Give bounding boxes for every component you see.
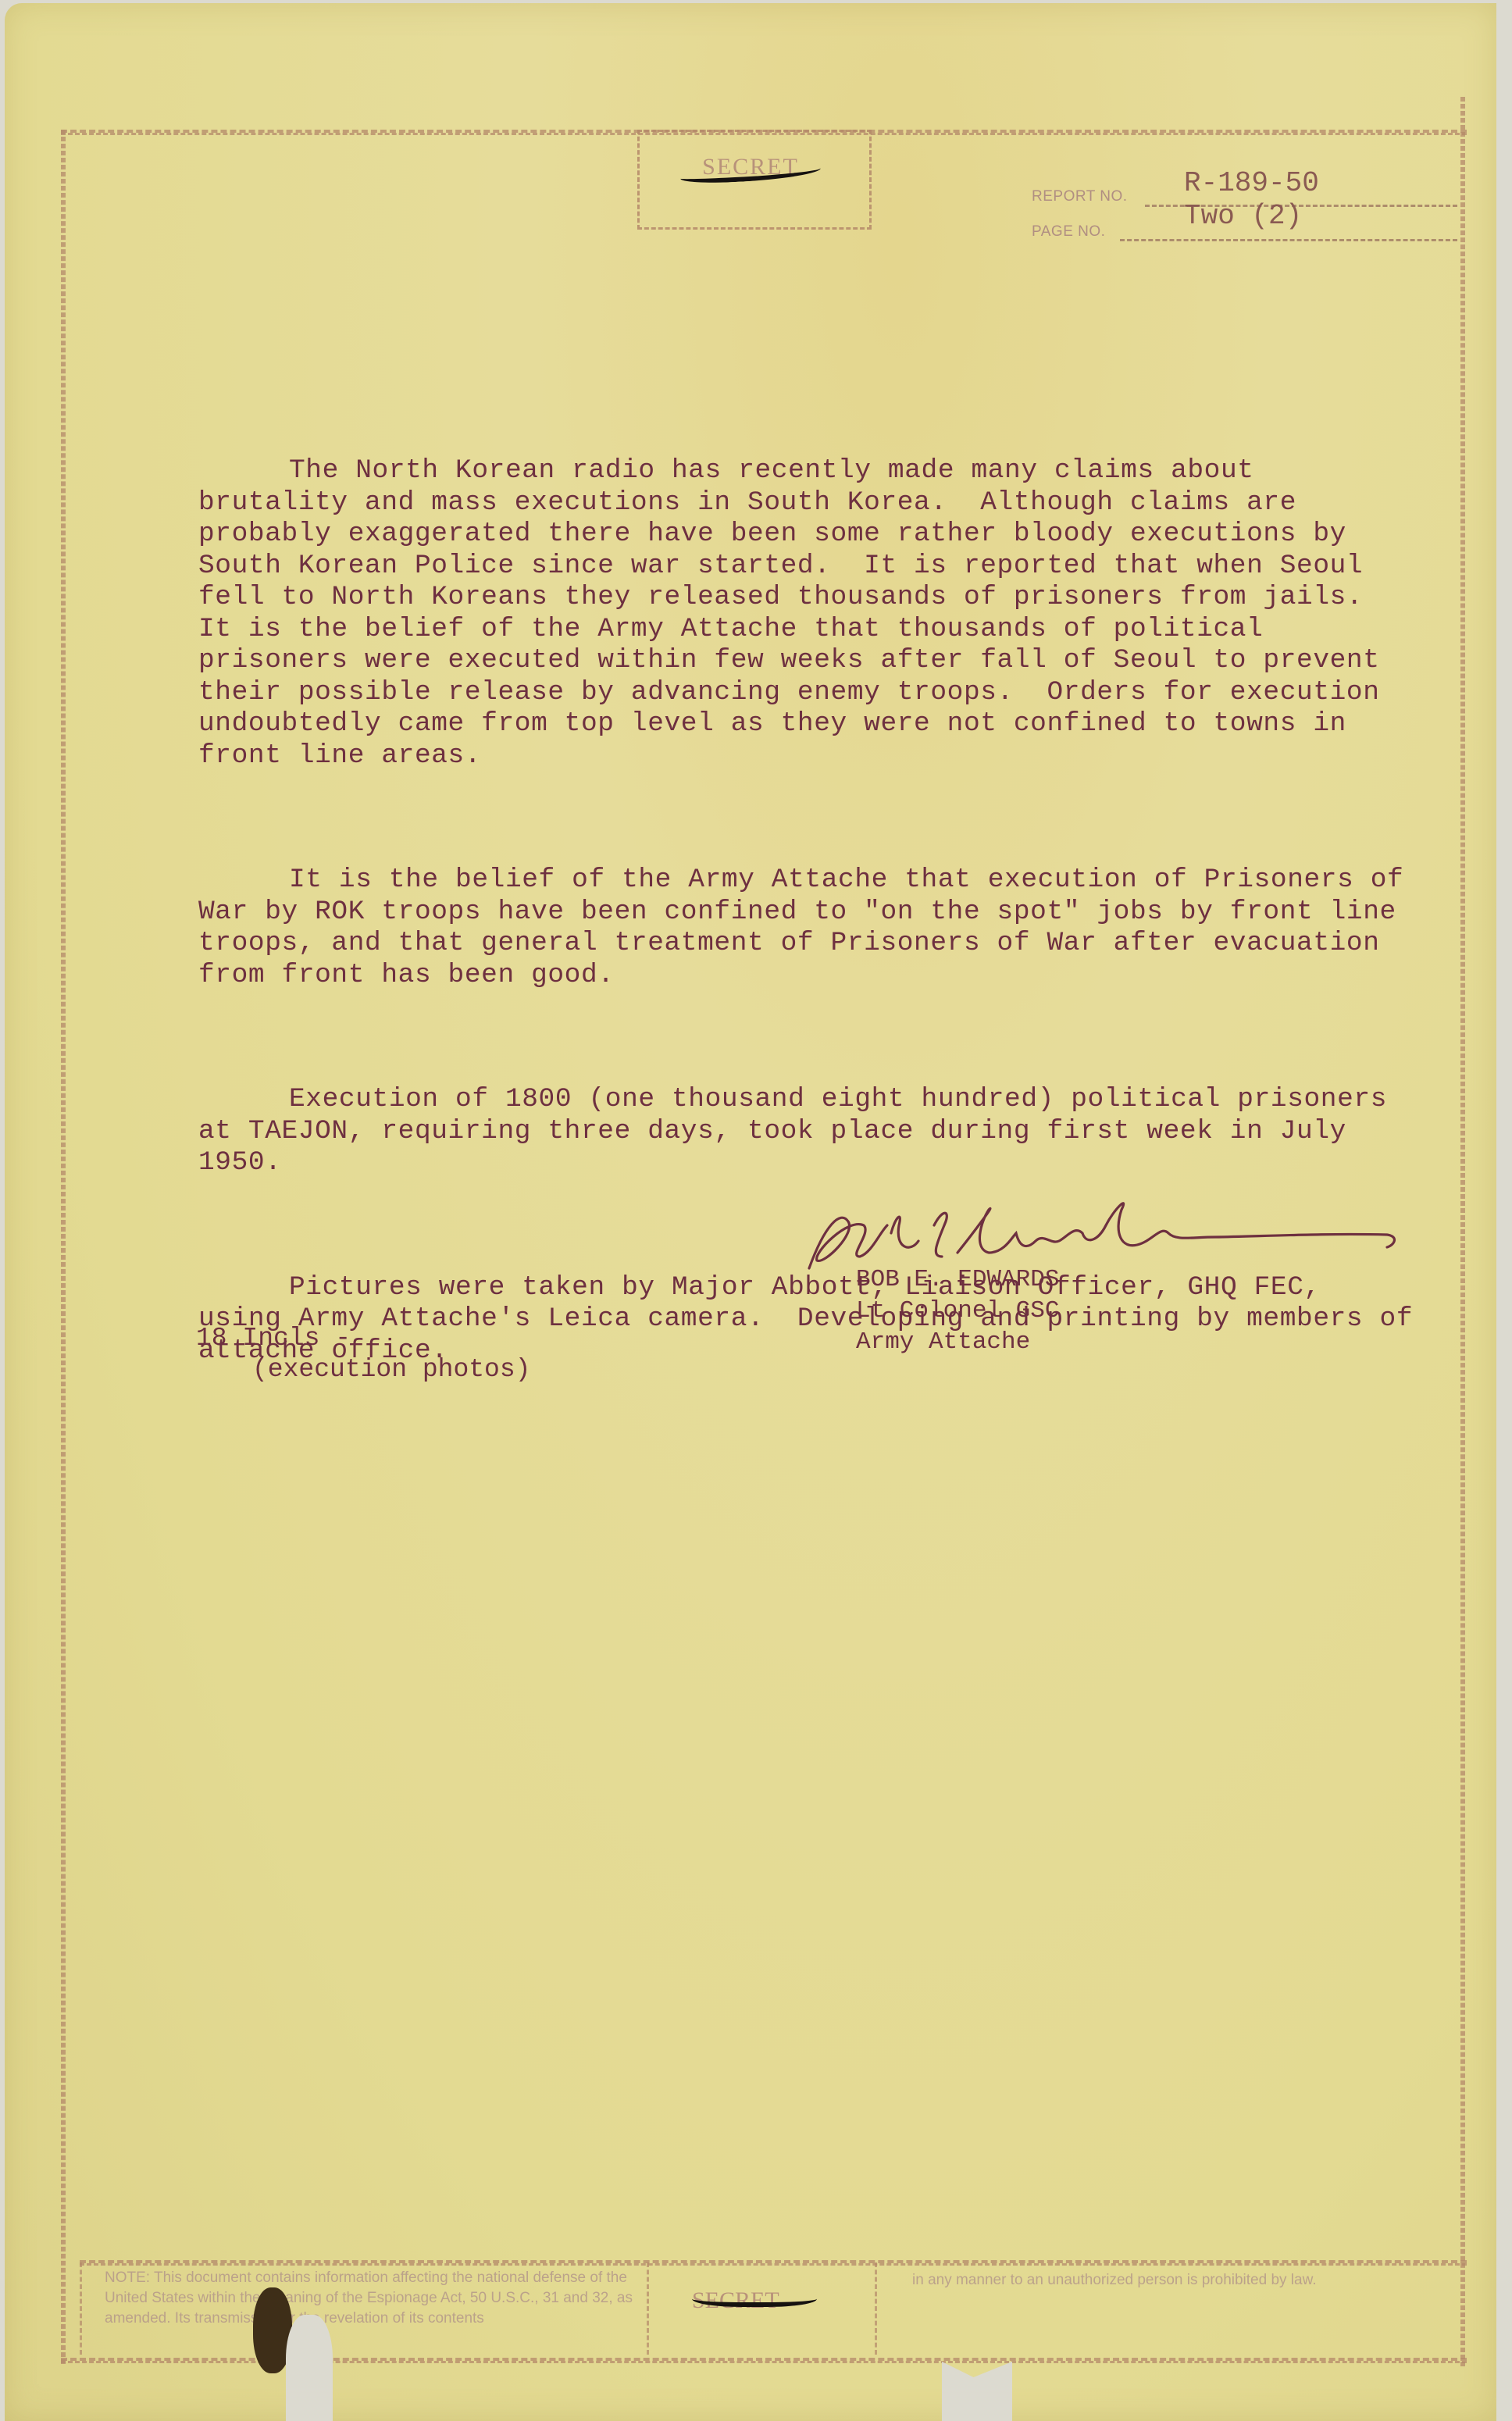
report-no-value: R-189-50 bbox=[1184, 167, 1319, 199]
footer-divider-1 bbox=[647, 2262, 649, 2355]
paper-tear bbox=[286, 2315, 333, 2421]
paragraph-pow-treatment: It is the belief of the Army Attache tha… bbox=[198, 865, 1417, 991]
page-no-value: Two (2) bbox=[1184, 200, 1302, 232]
footer-redaction-strike-mark bbox=[692, 2287, 817, 2307]
page-no-line bbox=[1120, 239, 1457, 241]
form-border-left bbox=[61, 130, 66, 2364]
footer-divider-2 bbox=[875, 2262, 877, 2355]
signer-title: Army Attache bbox=[856, 1327, 1059, 1358]
form-border-right bbox=[1460, 97, 1465, 2366]
page-no-label: PAGE NO. bbox=[1032, 223, 1105, 241]
espionage-act-notice-continued: in any manner to an unauthorized person … bbox=[912, 2270, 1475, 2291]
footer-divider-left bbox=[80, 2262, 82, 2355]
espionage-act-notice: NOTE: This document contains information… bbox=[105, 2268, 636, 2329]
paper-tear bbox=[942, 2362, 1012, 2421]
paragraph-north-korean-claims: The North Korean radio has recently made… bbox=[198, 455, 1417, 772]
document-page: SECRET REPORT NO. R-189-50 PAGE NO. Two … bbox=[5, 3, 1496, 2421]
enclosures-description: (execution photos) bbox=[196, 1354, 530, 1385]
enclosures-count: 18 Incls - bbox=[196, 1323, 530, 1354]
enclosures-note: 18 Incls - (execution photos) bbox=[196, 1323, 530, 1385]
signer-name: BOB E. EDWARDS bbox=[856, 1264, 1059, 1296]
report-no-label: REPORT NO. bbox=[1032, 188, 1128, 205]
memo-body: The North Korean radio has recently made… bbox=[198, 392, 1417, 1460]
signer-rank: Lt Colonel GSC bbox=[856, 1296, 1059, 1327]
footer-border-top bbox=[80, 2260, 1467, 2266]
paragraph-taejon-execution: Execution of 1800 (one thousand eight hu… bbox=[198, 1084, 1417, 1179]
signature-block: BOB E. EDWARDS Lt Colonel GSC Army Attac… bbox=[856, 1264, 1059, 1358]
